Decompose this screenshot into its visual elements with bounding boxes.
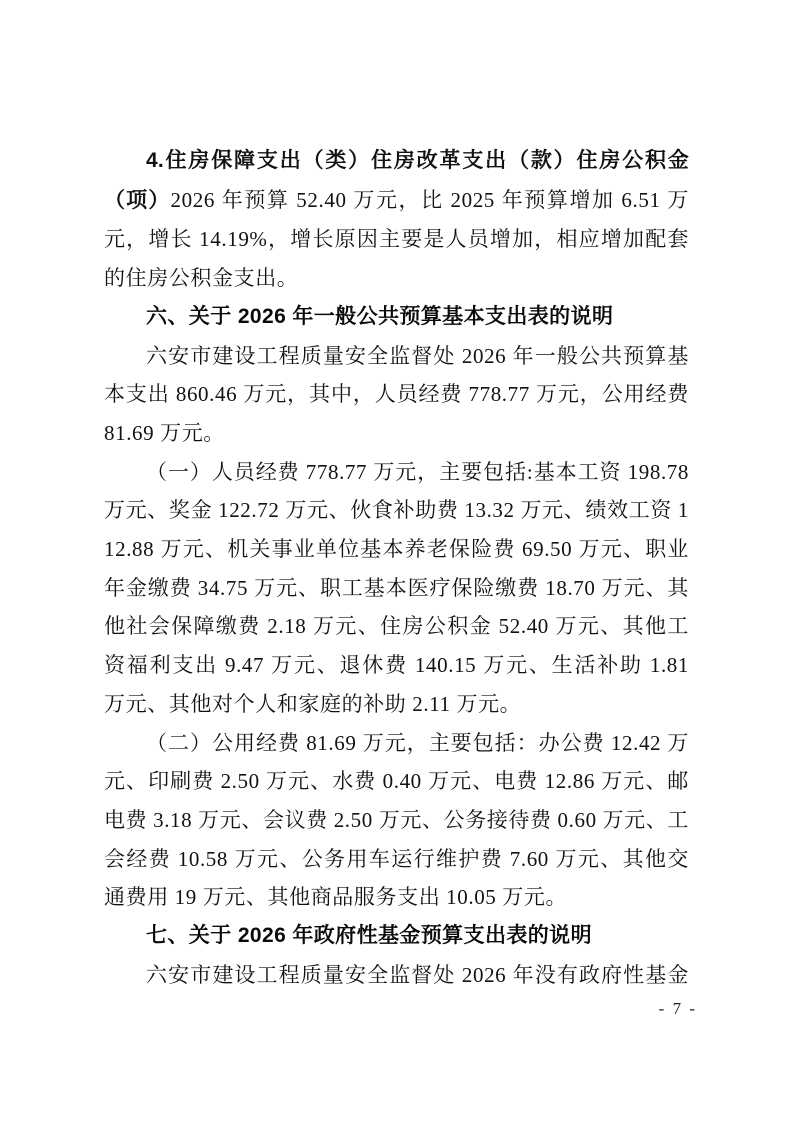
housing-item-4-body: 2026 年预算 52.40 万元，比 2025 年预算增加 6.51 万元，增… (104, 188, 689, 290)
paragraph-gov-fund-statement: 六安市建设工程质量安全监督处 2026 年没有政府性基金 (104, 956, 689, 995)
document-body: 4.住房保障支出（类）住房改革支出（款）住房公积金（项）2026 年预算 52.… (104, 141, 689, 994)
section-six-heading: 六、关于 2026 年一般公共预算基本支出表的说明 (104, 298, 689, 337)
paragraph-basic-expenditure-summary: 六安市建设工程质量安全监督处 2026 年一般公共预算基本支出 860.46 万… (104, 337, 689, 453)
paragraph-personnel-expenses: （一）人员经费 778.77 万元，主要包括:基本工资 198.78 万元、奖金… (104, 453, 689, 724)
page-number: - 7 - (659, 998, 697, 1020)
paragraph-housing-item-4: 4.住房保障支出（类）住房改革支出（款）住房公积金（项）2026 年预算 52.… (104, 141, 689, 298)
section-seven-heading: 七、关于 2026 年政府性基金预算支出表的说明 (104, 917, 689, 956)
document-page: 4.住房保障支出（类）住房改革支出（款）住房公积金（项）2026 年预算 52.… (0, 0, 793, 1122)
paragraph-public-expenses: （二）公用经费 81.69 万元，主要包括：办公费 12.42 万元、印刷费 2… (104, 724, 689, 918)
